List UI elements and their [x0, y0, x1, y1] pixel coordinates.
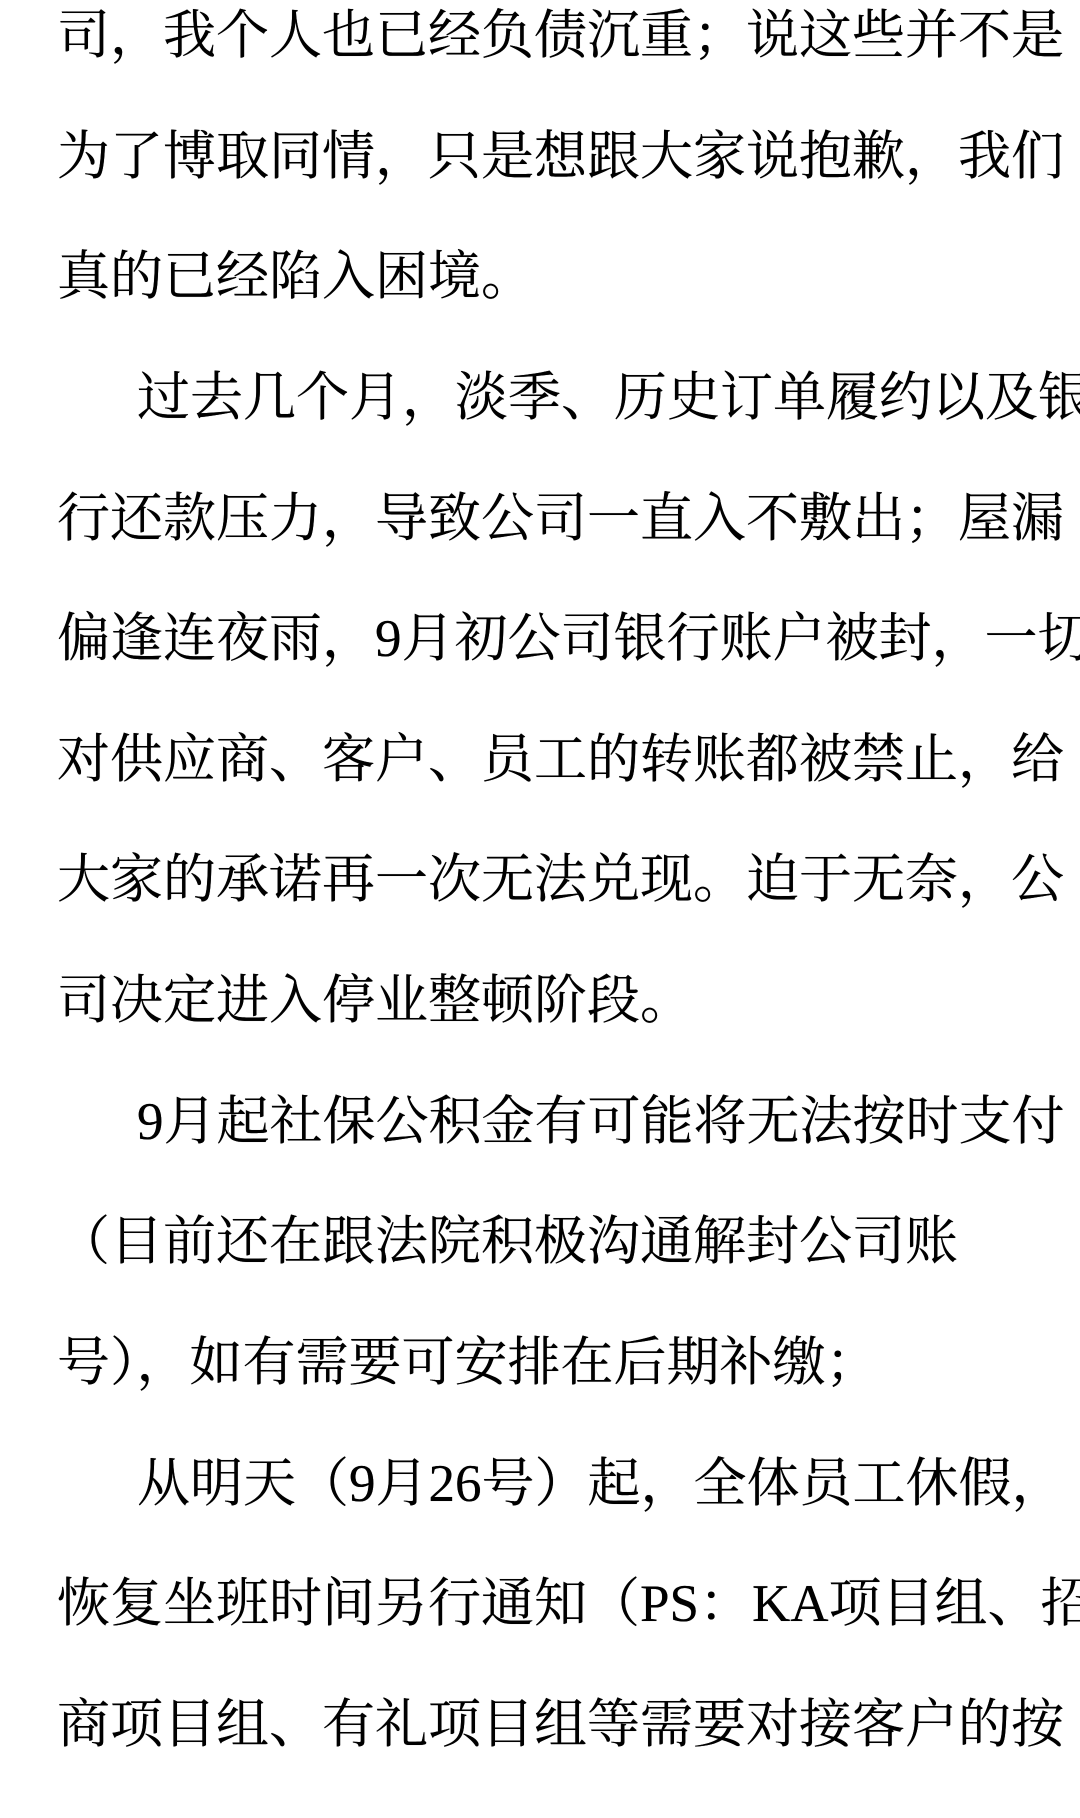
paragraph-social-insurance: 9月起社保公积金有可能将无法按时支付 （目前还在跟法院积极沟通解封公司账 号），…: [0, 1062, 1080, 1424]
text-line: 行还款压力，导致公司一直入不敷出；屋漏: [0, 459, 1080, 580]
text-line: 号），如有需要可安排在后期补缴；: [0, 1303, 1080, 1424]
document-page: 司，我个人也已经负债沉重；说这些并不是 为了博取同情，只是想跟大家说抱歉，我们 …: [0, 0, 1080, 1785]
paragraph-leave-notice: 从明天（9月26号）起，全体员工休假， 恢复坐班时间另行通知（PS：KA项目组、…: [0, 1424, 1080, 1786]
paragraph-apology: 司，我个人也已经负债沉重；说这些并不是 为了博取同情，只是想跟大家说抱歉，我们 …: [0, 0, 1080, 338]
text-line-indented: 从明天（9月26号）起，全体员工休假，: [0, 1424, 1080, 1545]
text-line-indented: 过去几个月，淡季、历史订单履约以及银: [0, 338, 1080, 459]
text-line: 商项目组、有礼项目组等需要对接客户的按: [0, 1665, 1080, 1786]
text-line: 为了博取同情，只是想跟大家说抱歉，我们: [0, 97, 1080, 218]
text-line: 对供应商、客户、员工的转账都被禁止，给: [0, 700, 1080, 821]
text-line: 司，我个人也已经负债沉重；说这些并不是: [0, 0, 1080, 97]
text-line: 司决定进入停业整顿阶段。: [0, 941, 1080, 1062]
paragraph-situation: 过去几个月，淡季、历史订单履约以及银 行还款压力，导致公司一直入不敷出；屋漏 偏…: [0, 338, 1080, 1062]
text-line: 恢复坐班时间另行通知（PS：KA项目组、招: [0, 1544, 1080, 1665]
text-line: 大家的承诺再一次无法兑现。迫于无奈，公: [0, 820, 1080, 941]
text-line-indented: 9月起社保公积金有可能将无法按时支付: [0, 1062, 1080, 1183]
text-line: 偏逢连夜雨，9月初公司银行账户被封，一切: [0, 579, 1080, 700]
text-line: 真的已经陷入困境。: [0, 217, 1080, 338]
text-line: （目前还在跟法院积极沟通解封公司账: [0, 1182, 1080, 1303]
